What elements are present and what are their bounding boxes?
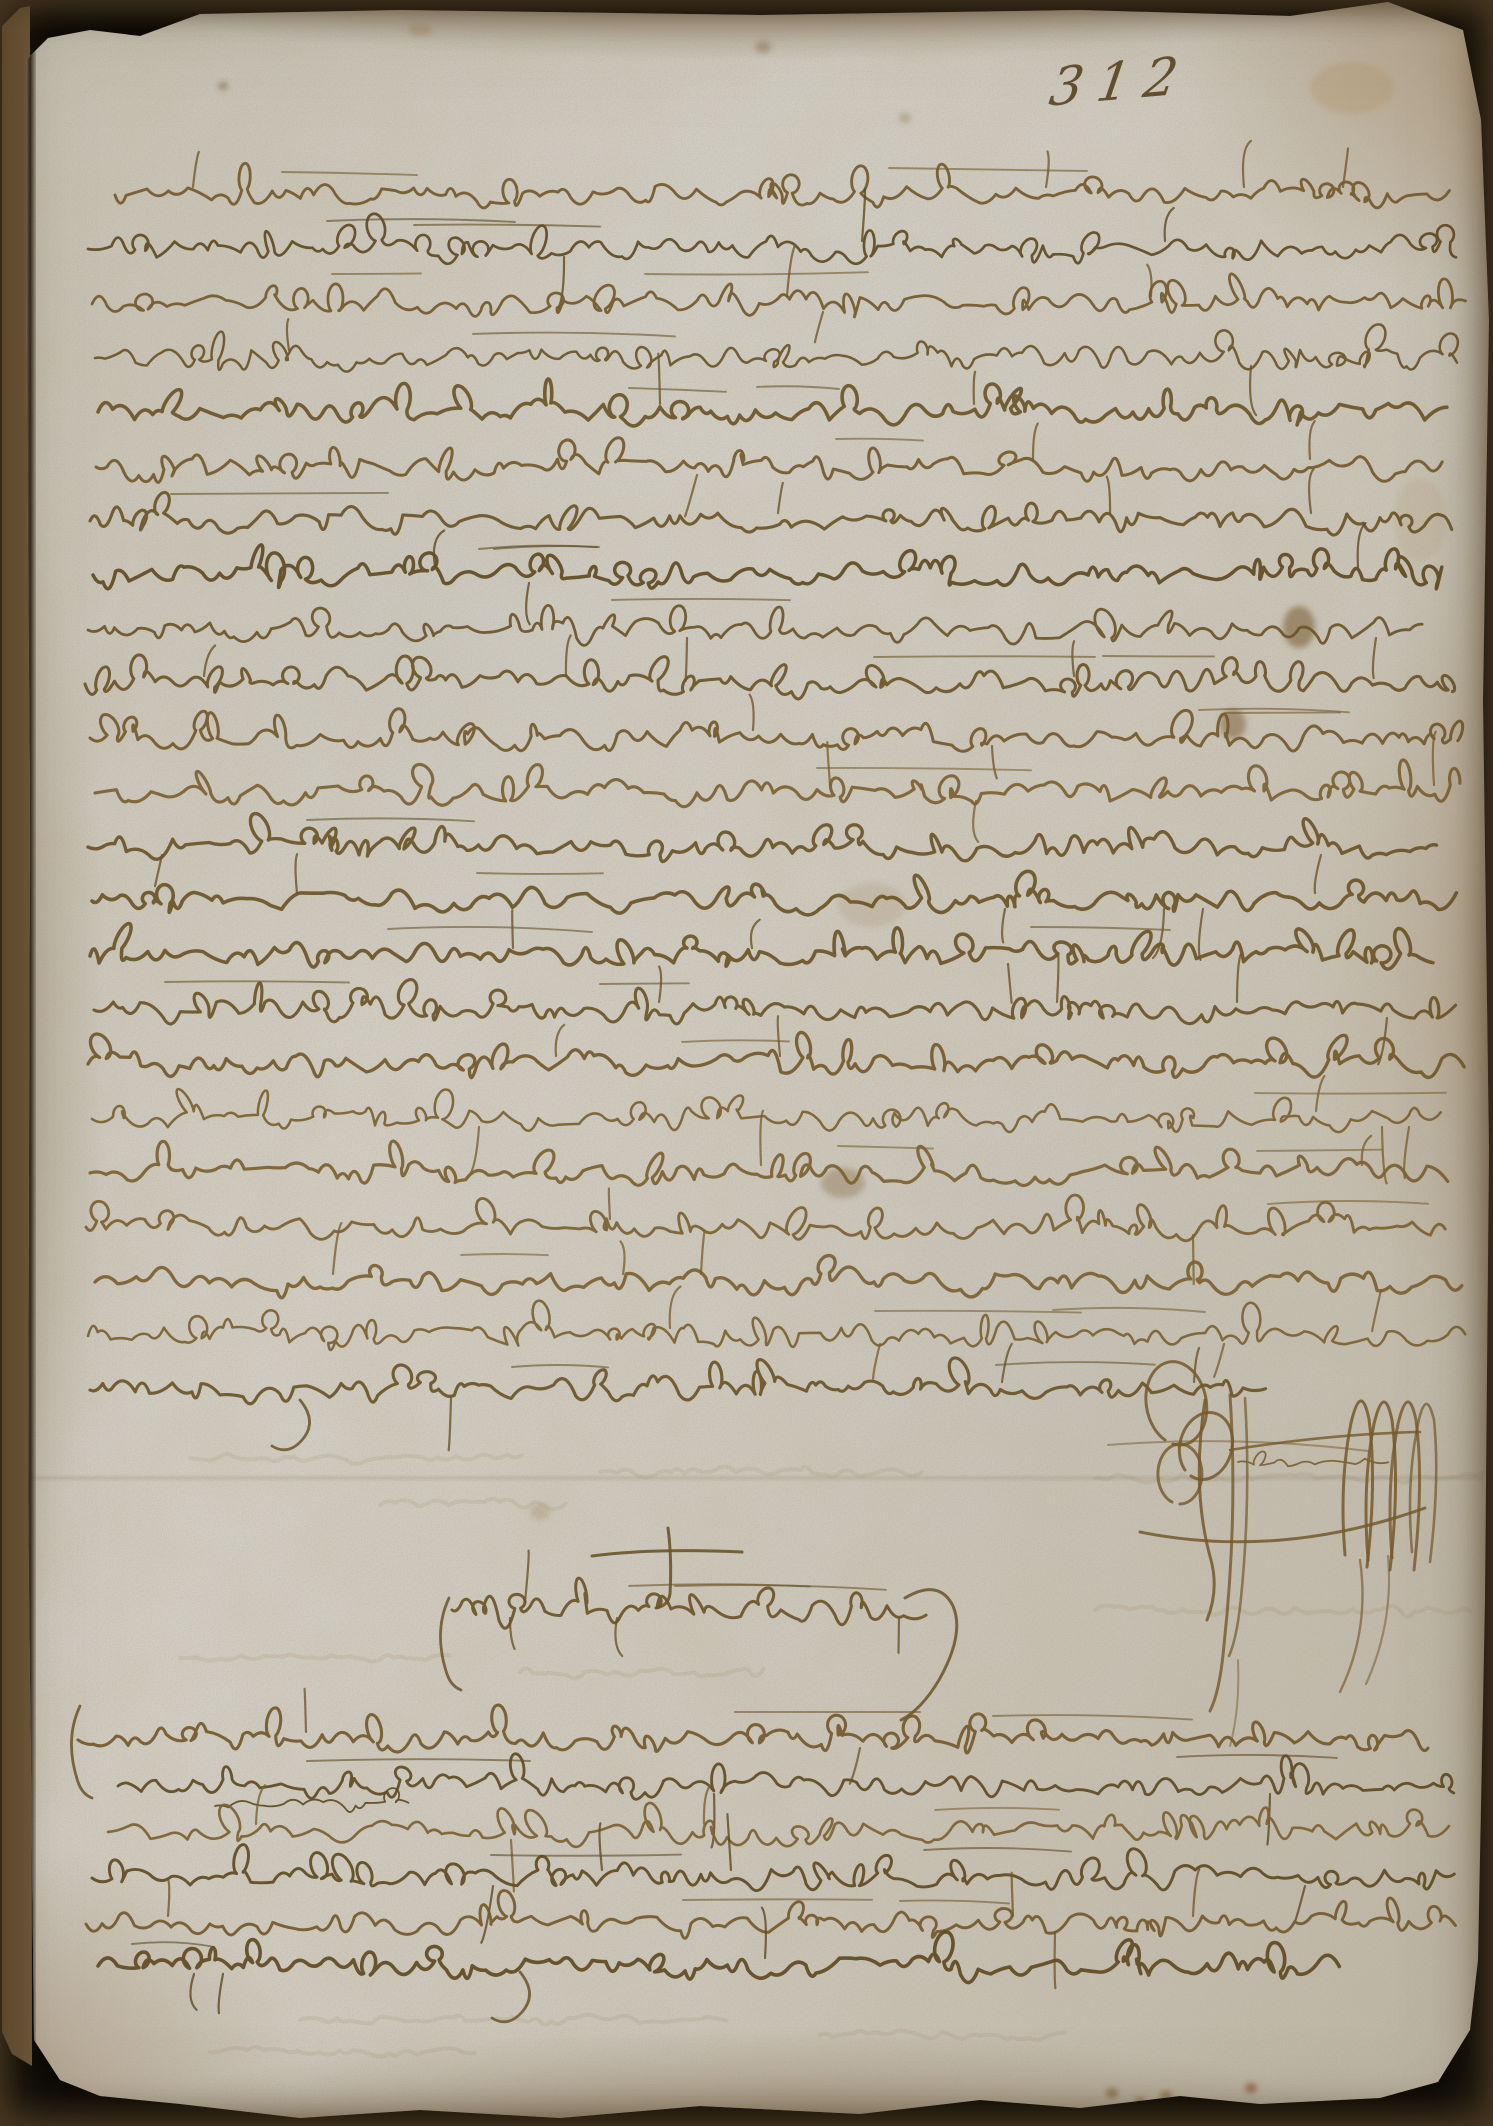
stain <box>1310 62 1394 114</box>
stain <box>899 113 911 123</box>
stain <box>218 82 228 90</box>
stain <box>755 41 771 53</box>
stain <box>1394 478 1446 562</box>
stain <box>1106 2088 1118 2098</box>
manuscript-page: 312 <box>0 0 1493 2126</box>
stain <box>1245 2083 1257 2093</box>
stain <box>408 24 432 36</box>
manuscript-scan: 312 <box>0 0 1493 2126</box>
ink-layer <box>0 0 1493 2126</box>
stain <box>1135 2097 1145 2105</box>
stain <box>1160 2091 1172 2101</box>
